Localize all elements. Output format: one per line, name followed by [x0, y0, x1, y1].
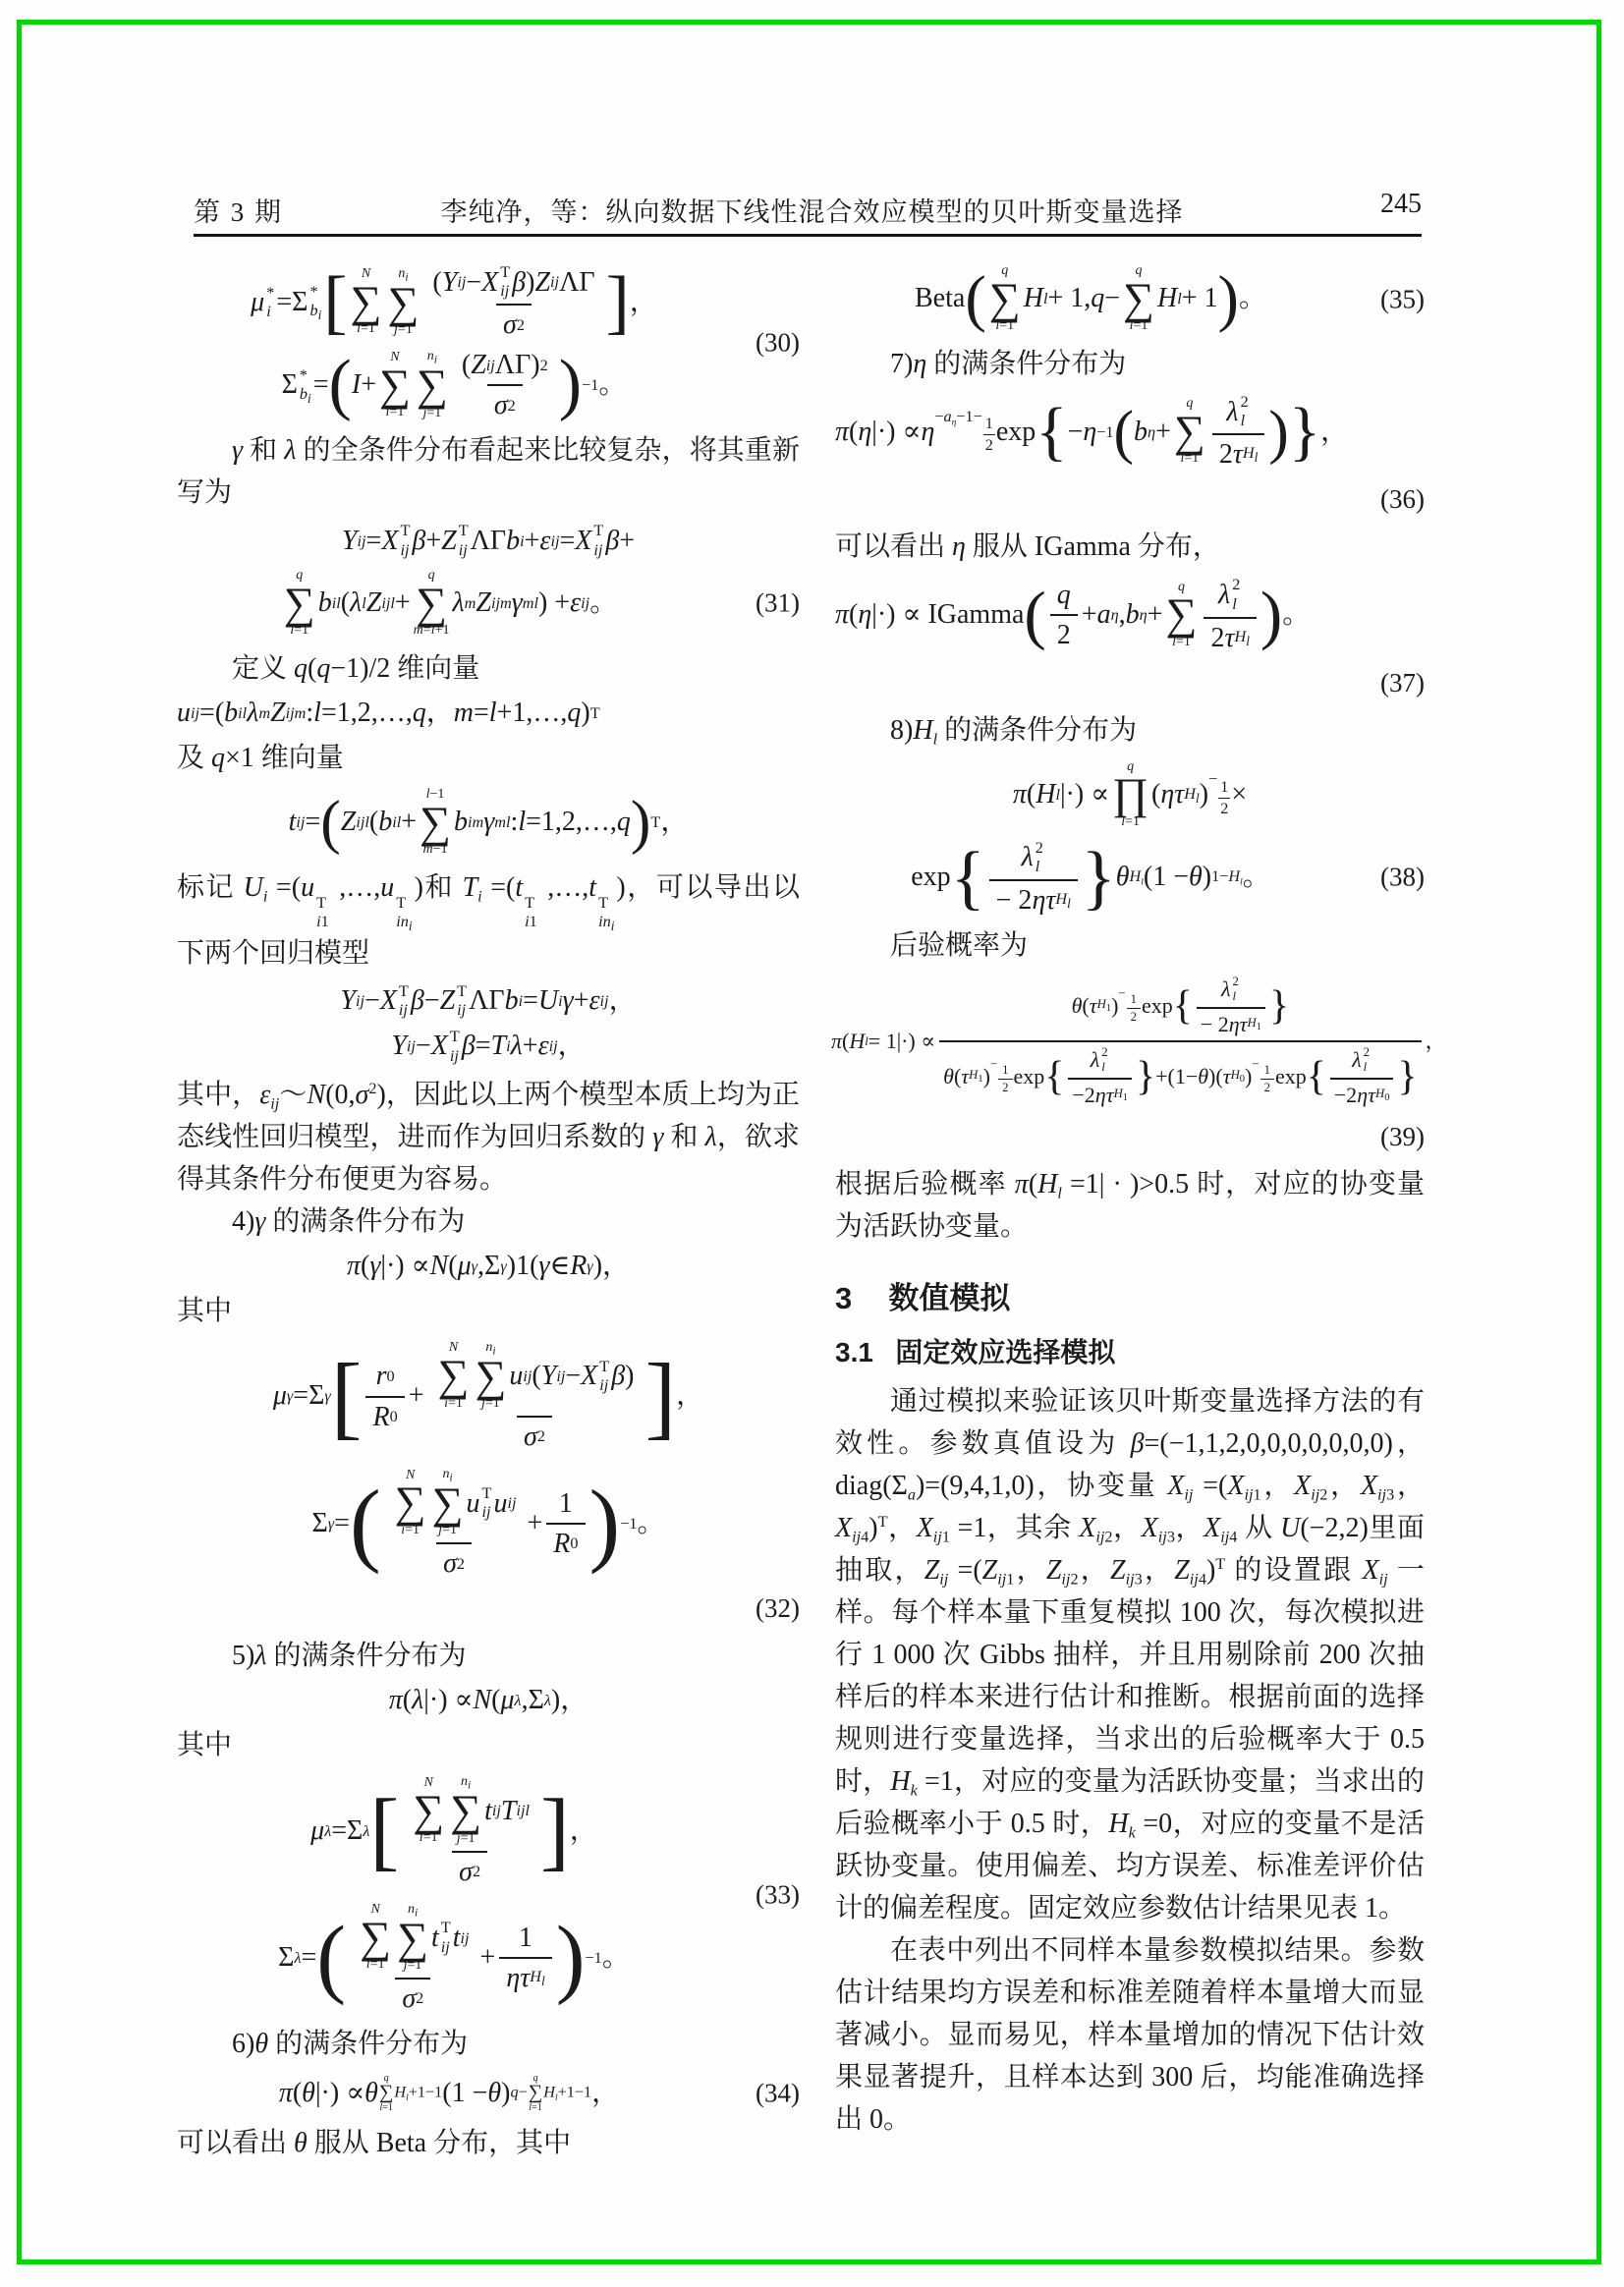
equation-model1: Yij − XTijβ − ZTijΛΓbi =Uiγ + εij， [177, 982, 800, 1020]
equation-37: π(η |·) ∝ IGamma(q2 + aη,bη + q∑l=1λ2l2τ… [835, 576, 1425, 653]
equation-33-line1: μλ =Σλ[N∑i=1ni∑j=1tijTijlσ2]， [177, 1774, 731, 1887]
header-rule [194, 234, 1422, 237]
section-3-title: 数值模拟 [888, 1281, 1010, 1315]
equation-33-label: (33) [756, 1879, 800, 1910]
paragraph-rewrite-intro: γ 和 λ 的全条件分布看起来比较复杂，将其重新写为 [177, 429, 800, 514]
equation-30-label: (30) [756, 327, 800, 358]
equation-38-label: (38) [1380, 863, 1425, 893]
text-qizhong-1: 其中 [177, 1290, 800, 1332]
equation-38-line2: exp{λ2l− 2ητHl}θHl(1 − θ)1−Hl 。 [835, 839, 1346, 917]
equation-32-label: (32) [177, 1588, 800, 1629]
item-5-lambda: 5)λ 的满条件分布为 [177, 1635, 800, 1677]
equation-34-label: (34) [756, 2078, 800, 2108]
equation-t-def: tij =(Zijl(bil + l−1∑m−1bimγml :l =1,2,…… [177, 787, 800, 859]
equation-u-def: uij =(bilλmZijm :l =1,2,…,q，m =l +1,…,q)… [177, 697, 800, 729]
paragraph-define-vector2: 及 q×1 维向量 [177, 737, 800, 779]
equation-38: exp{λ2l− 2ητHl}θHl(1 − θ)1−Hl 。 (38) [835, 839, 1425, 917]
equation-gamma-full: π(γ |·) ∝ N(μγ,Σγ)1(γ ∈ Rγ)， [177, 1251, 800, 1282]
item-8-H: 8)Hl 的满条件分布为 [835, 709, 1425, 752]
equation-30-line1: μ*i =Σ*bi[N∑i=1ni∑j=1(Yij − XTijβ)ZijΛΓσ… [177, 263, 731, 341]
paragraph-beta-note: 可以看出 θ 服从 Beta 分布，其中 [177, 2122, 800, 2164]
section-3-heading: 3数值模拟 [835, 1273, 1425, 1317]
section-3-1-number: 3.1 [835, 1337, 873, 1367]
paragraph-simulation-setup: 通过模拟来验证该贝叶斯变量选择方法的有效性。参数真值设为 β=(−1,1,2,0… [835, 1380, 1425, 1929]
paragraph-simulation-results: 在表中列出不同样本量参数模拟结果。参数估计结果均方误差和标准差随着样本量增大而显… [835, 1929, 1425, 2141]
equation-39-label: (39) [835, 1116, 1425, 1157]
equation-31-label: (31) [756, 588, 800, 619]
equation-33: μλ =Σλ[N∑i=1ni∑j=1tijTijlσ2]， Σλ =(N∑i=1… [177, 1774, 800, 2014]
equation-32-line1: μγ =Σγ[r0R0 + N∑i=1ni∑j=1uij(Yij − XTijβ… [177, 1340, 800, 1453]
equation-31: q∑l=1bil(λlZijl + q∑m=l+1λmZijmγml) + εi… [177, 568, 800, 640]
left-column: μ*i =Σ*bi[N∑i=1ni∑j=1(Yij − XTijβ)ZijΛΓσ… [177, 255, 800, 2164]
section-3-1-title: 固定效应选择模拟 [895, 1337, 1115, 1367]
paragraph-selection-rule: 根据后验概率 π(Hl =1| · )>0.5 时，对应的协变量为活跃协变量。 [835, 1163, 1425, 1248]
paragraph-normal-models: 其中，εij～N(0,σ2)，因此以上两个模型本质上均为正态线性回归模型，进而作… [177, 1074, 800, 1200]
equation-39: π(Hl = 1|·) ∝ θ(τH1)−12exp{λ2l− 2ητH1}θ(… [831, 975, 1509, 1108]
equation-37-label: (37) [835, 662, 1425, 703]
item-7-eta: 7)η 的满条件分布为 [835, 343, 1425, 385]
header-page-number: 245 [1380, 189, 1422, 220]
text-qizhong-2: 其中 [177, 1724, 800, 1766]
equation-35-label: (35) [1380, 284, 1425, 314]
item-6-theta: 6)θ 的满条件分布为 [177, 2023, 800, 2065]
equation-32: μγ =Σγ[r0R0 + N∑i=1ni∑j=1uij(Yij − XTijβ… [177, 1340, 800, 1629]
equation-rewrite: Yij = XTijβ + ZTijΛΓbi + εij = XTijβ + [177, 522, 800, 559]
right-column: Beta(q∑l=1Hl + 1,q − q∑l=1Hl + 1) 。 (35)… [835, 255, 1425, 2141]
paragraph-define-vector1: 定义 q(q−1)/2 维向量 [177, 647, 800, 690]
text-posterior-intro: 后验概率为 [835, 924, 1425, 967]
paragraph-igamma-note: 可以看出 η 服从 IGamma 分布， [835, 526, 1425, 568]
equation-33-line2: Σλ =(N∑i=1ni∑j=1tTijtijσ2 + 1ητHl)−1 。 [177, 1902, 731, 2015]
equation-35: Beta(q∑l=1Hl + 1,q − q∑l=1Hl + 1) 。 (35) [835, 263, 1425, 335]
equation-36: π(η |·) ∝ η−aη−1−12exp{− η−1(bη + q∑l=1λ… [835, 393, 1425, 471]
item-4-gamma: 4)γ 的满条件分布为 [177, 1200, 800, 1243]
journal-page: 第 3 期 李纯净，等：纵向数据下线性混合效应模型的贝叶斯变量选择 245 μ*… [0, 0, 1624, 2287]
equation-32-line2: Σγ =(N∑i=1ni∑j=1uTijuijσ2 + 1R0)−1 。 [177, 1467, 800, 1580]
equation-30-line2: Σ*bi =(I + N∑i=1ni∑j=1(ZijΛΓ)2σ2)−1 。 [177, 349, 731, 421]
equation-34: π(θ |·) ∝ θq∑l=1Hl+1−1(1 − θ)q−q∑l=1Hl+1… [177, 2073, 800, 2114]
equation-38-line1: π(Hl |·) ∝ q∏l=1(ητHl)−12 × [835, 759, 1425, 831]
paragraph-mark-models: 标记 Ui =(uTi1 ,…,uTini)和 Ti =(tTi1 ,…,tTi… [177, 866, 800, 975]
equation-model2: Yij − XTijβ =Tiλ + εij， [177, 1028, 800, 1065]
equation-30: μ*i =Σ*bi[N∑i=1ni∑j=1(Yij − XTijβ)ZijΛΓσ… [177, 263, 800, 421]
equation-lambda-full: π(λ |·) ∝ N(μλ,Σλ)， [177, 1685, 800, 1716]
section-3-number: 3 [835, 1281, 852, 1315]
equation-36-label: (36) [835, 478, 1425, 520]
section-3-1-heading: 3.1固定效应选择模拟 [835, 1331, 1425, 1370]
